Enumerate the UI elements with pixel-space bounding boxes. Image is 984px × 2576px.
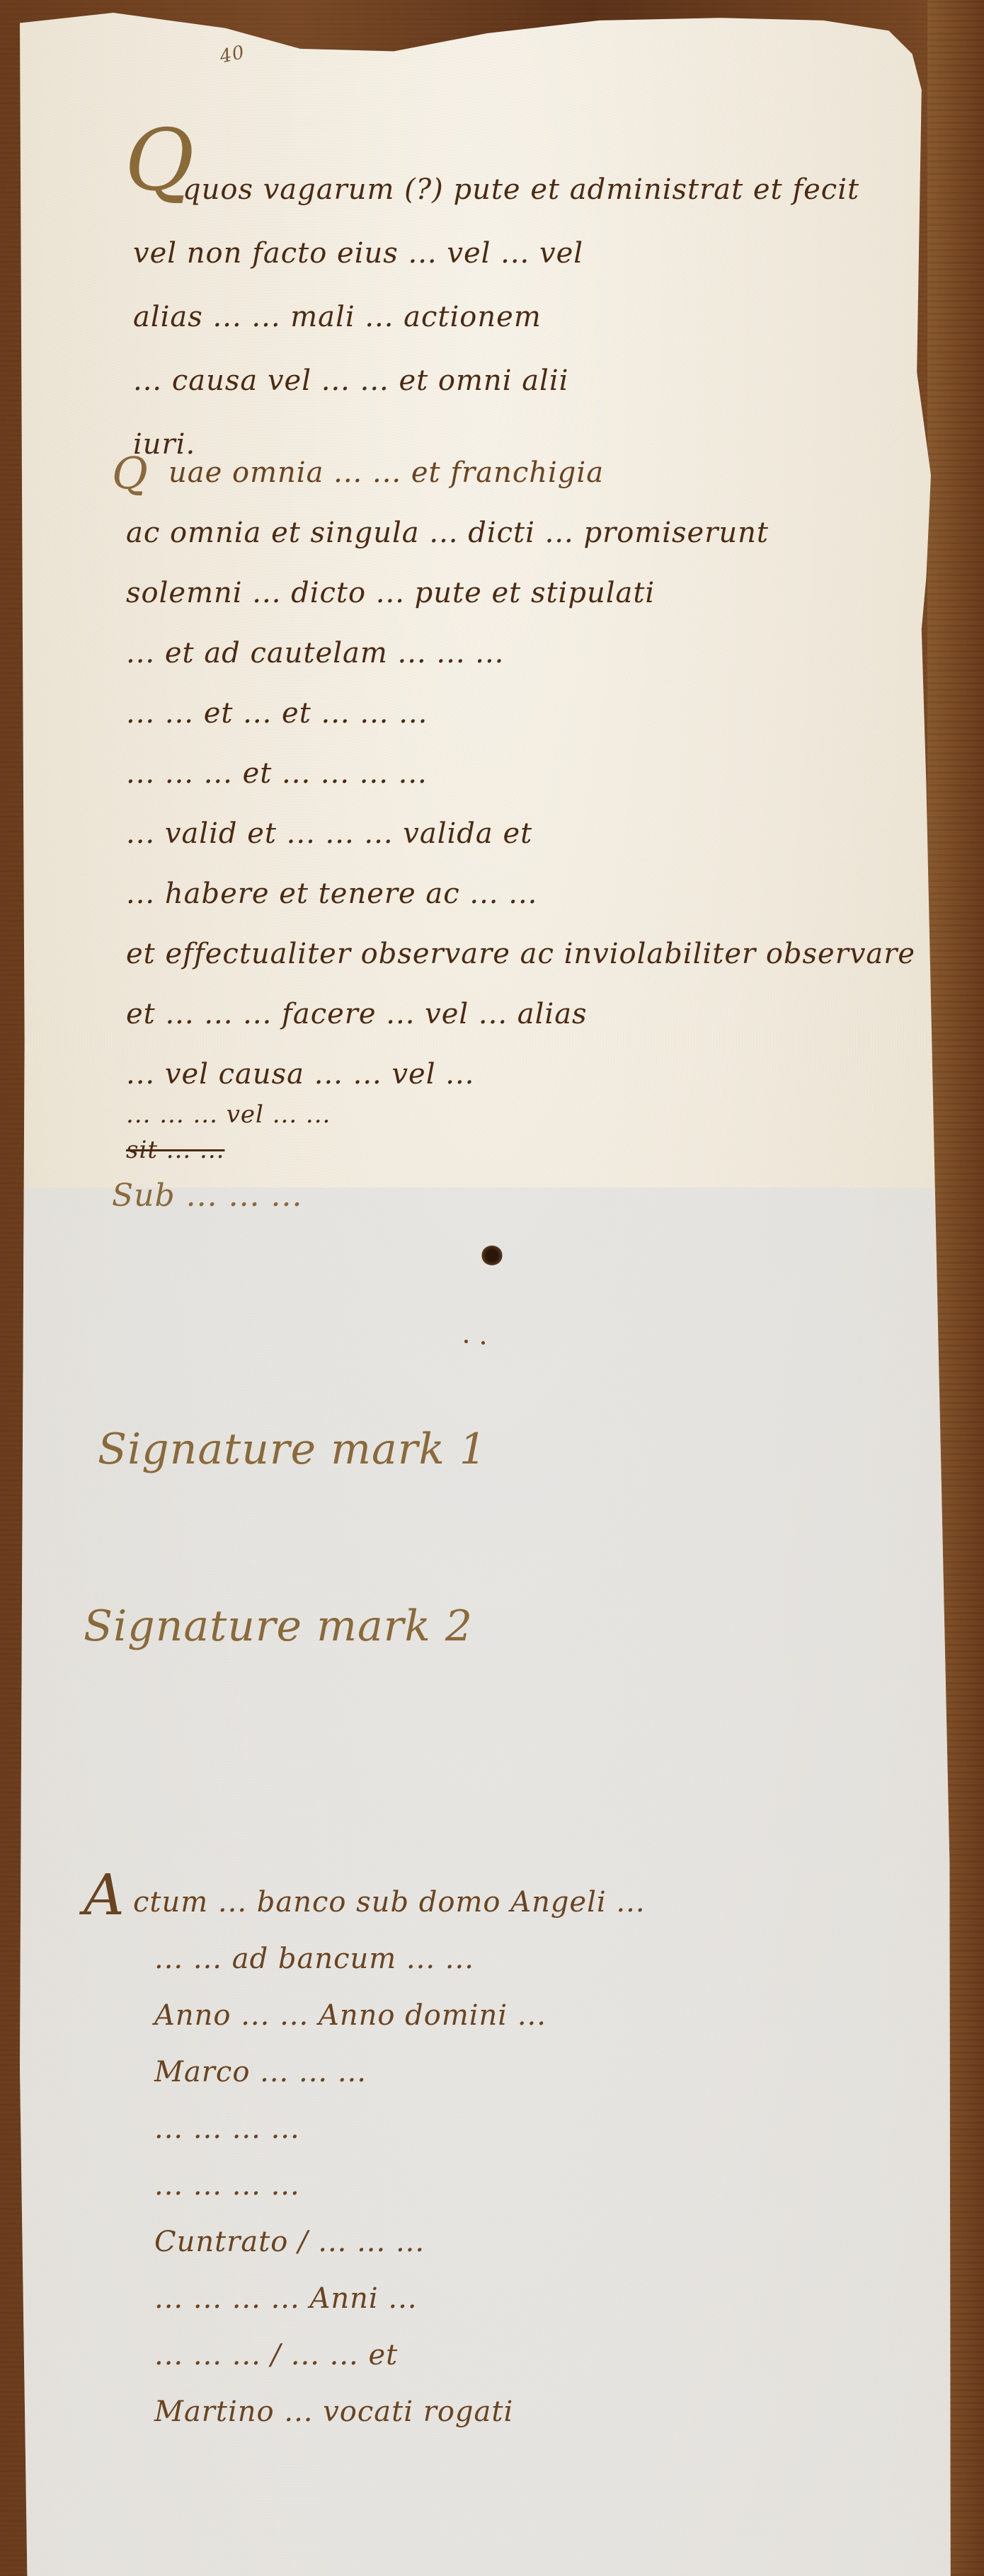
text-line: Marco ... ... ... — [154, 2058, 367, 2086]
signature-mark: Signature mark 1 — [98, 1428, 487, 1471]
text-line: et ... ... ... facere ... vel ... alias — [126, 1000, 588, 1028]
text-line: solemni ... dicto ... pute et stipulati — [126, 579, 655, 607]
text-line: ... ... ... ... — [154, 2115, 300, 2143]
text-line: vel non facto eius ... vel ... vel — [133, 239, 583, 268]
text-line: ... ... ... vel ... ... — [126, 1103, 331, 1127]
text-line: ... ... ... ... Anni ... — [154, 2284, 418, 2313]
text-line: alias ... ... mali ... actionem — [133, 303, 542, 331]
signature-mark: Signature mark 2 — [84, 1605, 473, 1648]
text-line: ac omnia et singula ... dicti ... promis… — [126, 519, 769, 547]
text-line: et effectualiter observare ac inviolabil… — [126, 940, 915, 968]
text-line: Martino ... vocati rogati — [154, 2398, 513, 2426]
text-line: ... habere et tenere ac ... ... — [126, 880, 537, 908]
text-line: ... causa vel ... ... et omni alii — [133, 367, 568, 395]
text-line: ... et ad cautelam ... ... ... — [126, 639, 504, 667]
folio-number: 40 — [218, 42, 247, 68]
closing-line: Sub ... ... ... — [112, 1180, 302, 1212]
binding-hole — [481, 1246, 503, 1265]
text-line: ctum ... banco sub domo Angeli ... — [133, 1888, 646, 1916]
text-line: ... vel causa ... ... vel ... — [126, 1060, 474, 1088]
text-line: Cuntrato / ... ... ... — [154, 2228, 425, 2256]
text-line: ... valid et ... ... ... valida et — [126, 820, 532, 848]
decorated-initial: Q — [112, 452, 149, 495]
struck-text-line: sit ... ... — [126, 1138, 224, 1162]
text-line: ... ... et ... et ... ... ... — [126, 699, 428, 728]
text-line: ... ... ad bancum ... ... — [154, 1945, 474, 1973]
text-line: uae omnia ... ... et franchigia — [168, 459, 604, 487]
manuscript-sheet: 40 Q quos vagarum (?) pute et administra… — [20, 13, 954, 2576]
ink-dots — [460, 1340, 503, 1354]
text-line: Anno ... ... Anno domini ... — [154, 2001, 547, 2030]
text-line: ... ... ... ... — [154, 2171, 300, 2200]
text-line: quos vagarum (?) pute et administrat et … — [183, 176, 859, 204]
text-line: ... ... ... / ... ... et — [154, 2341, 398, 2369]
text-line: ... ... ... et ... ... ... ... — [126, 759, 428, 788]
decorated-initial: A — [84, 1867, 125, 1924]
